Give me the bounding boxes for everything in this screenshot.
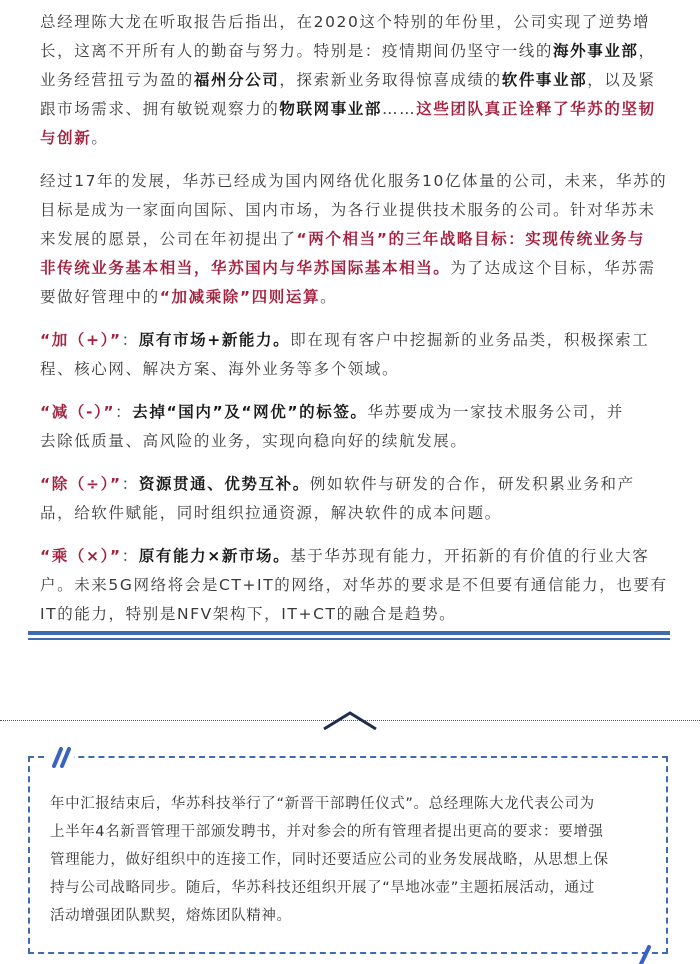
quote-line: 管理能力，做好组织中的连接工作，同时还要适应公司的业务发展战略，从思想上保 xyxy=(50,846,650,874)
double-slash-icon xyxy=(48,746,74,768)
text-segment: 华苏要成为一家技术服务公司，并 xyxy=(368,403,625,421)
text-segment: 。 xyxy=(320,288,337,306)
paragraph: “除（÷）”：资源贯通、优势互补。例如软件与研发的合作，研发积累业务和产品，给软… xyxy=(40,470,668,528)
text-line: 要做好管理中的“加减乘除”四则运算。 xyxy=(40,283,668,312)
text-segment: ： xyxy=(122,547,139,565)
section-divider xyxy=(28,631,670,640)
text-segment: 去除低质量、高风险的业务，实现向稳向好的续航发展。 xyxy=(40,432,468,450)
slash-icon xyxy=(636,944,654,964)
text-line: 目标是成为一家面向国际、国内市场，为各行业提供技术服务的公司。针对华苏未 xyxy=(40,196,668,225)
text-segment: ， xyxy=(639,42,656,60)
text-segment: ： xyxy=(122,331,139,349)
highlight-text: “除（÷）” xyxy=(40,475,122,493)
text-segment: ，探索新业务取得惊喜成绩的 xyxy=(279,71,501,89)
paragraph: “乘（×）”：原有能力×新市场。基于华苏现有能力，开拓新的有价值的行业大客户。未… xyxy=(40,542,668,629)
text-segment: ： xyxy=(115,403,132,421)
paragraph: 经过17年的发展，华苏已经成为国内网络优化服务10亿体量的公司，未来，华苏的目标… xyxy=(40,167,668,312)
text-segment: 程、核心网、解决方案、海外业务等多个领域。 xyxy=(40,360,399,378)
divider-thick-line xyxy=(28,631,670,635)
text-segment: 例如软件与研发的合作，研发积累业务和产 xyxy=(310,475,635,493)
text-segment: 要做好管理中的 xyxy=(40,288,160,306)
text-line: 经过17年的发展，华苏已经成为国内网络优化服务10亿体量的公司，未来，华苏的 xyxy=(40,167,668,196)
text-line: “乘（×）”：原有能力×新市场。基于华苏现有能力，开拓新的有价值的行业大客 xyxy=(40,542,668,571)
bold-text: 去掉“国内”及“网优”的标签。 xyxy=(132,403,367,421)
text-segment: 目标是成为一家面向国际、国内市场，为各行业提供技术服务的公司。针对华苏未 xyxy=(40,201,656,219)
text-line: 非传统业务基本相当，华苏国内与华苏国际基本相当。为了达成这个目标，华苏需 xyxy=(40,254,668,283)
text-segment: ，以及紧 xyxy=(587,71,655,89)
highlight-text: “减（-）” xyxy=(40,403,115,421)
highlight-text: “加减乘除”四则运算 xyxy=(160,288,320,306)
bold-text: 海外事业部 xyxy=(553,42,639,60)
highlight-text: “加（+）” xyxy=(40,331,122,349)
text-segment: …… xyxy=(382,100,416,118)
text-line: IT的能力，特别是NFV架构下，IT+CT的融合是趋势。 xyxy=(40,600,668,629)
text-line: “加（+）”：原有市场+新能力。即在现有客户中挖掘新的业务品类，积极探索工 xyxy=(40,326,668,355)
divider-thin-line xyxy=(28,638,670,640)
text-line: 去除低质量、高风险的业务，实现向稳向好的续航发展。 xyxy=(40,427,668,456)
text-segment: 户。未来5G网络将会是CT+IT的网络，对华苏的要求是不但要有通信能力，也要有 xyxy=(40,576,668,594)
highlight-text: “两个相当”的三年战略目标：实现传统业务与 xyxy=(297,230,645,248)
text-segment: 来发展的愿景，公司在年初提出了 xyxy=(40,230,297,248)
text-line: 程、核心网、解决方案、海外业务等多个领域。 xyxy=(40,355,668,384)
chevron-up-icon xyxy=(322,710,378,730)
text-line: 跟市场需求、拥有敏锐观察力的物联网事业部……这些团队真正诠释了华苏的坚韧 xyxy=(40,95,668,124)
paragraph: “减（-）”：去掉“国内”及“网优”的标签。华苏要成为一家技术服务公司，并去除低… xyxy=(40,398,668,456)
quote-line: 持与公司战略同步。随后，华苏科技还组织开展了“旱地冰壶”主题拓展活动，通过 xyxy=(50,874,650,902)
quote-line: 上半年4名新晋管理干部颁发聘书，并对参会的所有管理者提出更高的要求：要增强 xyxy=(50,818,650,846)
highlight-text: 这些团队真正诠释了华苏的坚韧 xyxy=(416,100,655,118)
text-line: 来发展的愿景，公司在年初提出了“两个相当”的三年战略目标：实现传统业务与 xyxy=(40,225,668,254)
bold-text: 福州分公司 xyxy=(194,71,280,89)
text-segment: 。 xyxy=(91,129,108,147)
text-segment: 品，给软件赋能，同时组织拉通资源，解决软件的成本问题。 xyxy=(40,504,502,522)
quote-line: 活动增强团队默契，熔炼团队精神。 xyxy=(50,902,650,930)
text-segment: ： xyxy=(122,475,139,493)
text-line: 业务经营扭亏为盈的福州分公司，探索新业务取得惊喜成绩的软件事业部，以及紧 xyxy=(40,66,668,95)
text-segment: 总经理陈大龙在听取报告后指出，在2020这个特别的年份里，公司实现了逆势增 xyxy=(40,13,650,31)
paragraph: 总经理陈大龙在听取报告后指出，在2020这个特别的年份里，公司实现了逆势增长，这… xyxy=(40,8,668,153)
text-line: “减（-）”：去掉“国内”及“网优”的标签。华苏要成为一家技术服务公司，并 xyxy=(40,398,668,427)
text-line: 品，给软件赋能，同时组织拉通资源，解决软件的成本问题。 xyxy=(40,499,668,528)
paragraph: “加（+）”：原有市场+新能力。即在现有客户中挖掘新的业务品类，积极探索工程、核… xyxy=(40,326,668,384)
bold-text: 软件事业部 xyxy=(502,71,588,89)
quote-text: 年中汇报结束后，华苏科技举行了“新晋干部聘任仪式”。总经理陈大龙代表公司为上半年… xyxy=(50,790,650,930)
article-body: 总经理陈大龙在听取报告后指出，在2020这个特别的年份里，公司实现了逆势增长，这… xyxy=(40,8,668,643)
text-line: 与创新。 xyxy=(40,124,668,153)
text-segment: 经过17年的发展，华苏已经成为国内网络优化服务10亿体量的公司，未来，华苏的 xyxy=(40,172,667,190)
highlight-text: 非传统业务基本相当，华苏国内与华苏国际基本相当。 xyxy=(40,259,450,277)
text-line: “除（÷）”：资源贯通、优势互补。例如软件与研发的合作，研发积累业务和产 xyxy=(40,470,668,499)
bold-text: 物联网事业部 xyxy=(279,100,382,118)
text-segment: 即在现有客户中挖掘新的业务品类，积极探索工 xyxy=(290,331,649,349)
text-line: 户。未来5G网络将会是CT+IT的网络，对华苏的要求是不但要有通信能力，也要有 xyxy=(40,571,668,600)
bold-text: 资源贯通、优势互补。 xyxy=(139,475,310,493)
text-segment: 为了达成这个目标，华苏需 xyxy=(450,259,655,277)
bold-text: 原有能力×新市场。 xyxy=(139,547,290,565)
text-segment: 跟市场需求、拥有敏锐观察力的 xyxy=(40,100,279,118)
text-segment: 长，这离不开所有人的勤奋与努力。特别是：疫情期间仍坚守一线的 xyxy=(40,42,553,60)
quote-line: 年中汇报结束后，华苏科技举行了“新晋干部聘任仪式”。总经理陈大龙代表公司为 xyxy=(50,790,650,818)
highlight-text: “乘（×）” xyxy=(40,547,122,565)
highlight-text: 与创新 xyxy=(40,129,91,147)
text-segment: IT的能力，特别是NFV架构下，IT+CT的融合是趋势。 xyxy=(40,605,456,623)
bold-text: 原有市场+新能力。 xyxy=(139,331,290,349)
text-line: 长，这离不开所有人的勤奋与努力。特别是：疫情期间仍坚守一线的海外事业部， xyxy=(40,37,668,66)
text-segment: 业务经营扭亏为盈的 xyxy=(40,71,194,89)
text-line: 总经理陈大龙在听取报告后指出，在2020这个特别的年份里，公司实现了逆势增 xyxy=(40,8,668,37)
text-segment: 基于华苏现有能力，开拓新的有价值的行业大客 xyxy=(290,547,649,565)
